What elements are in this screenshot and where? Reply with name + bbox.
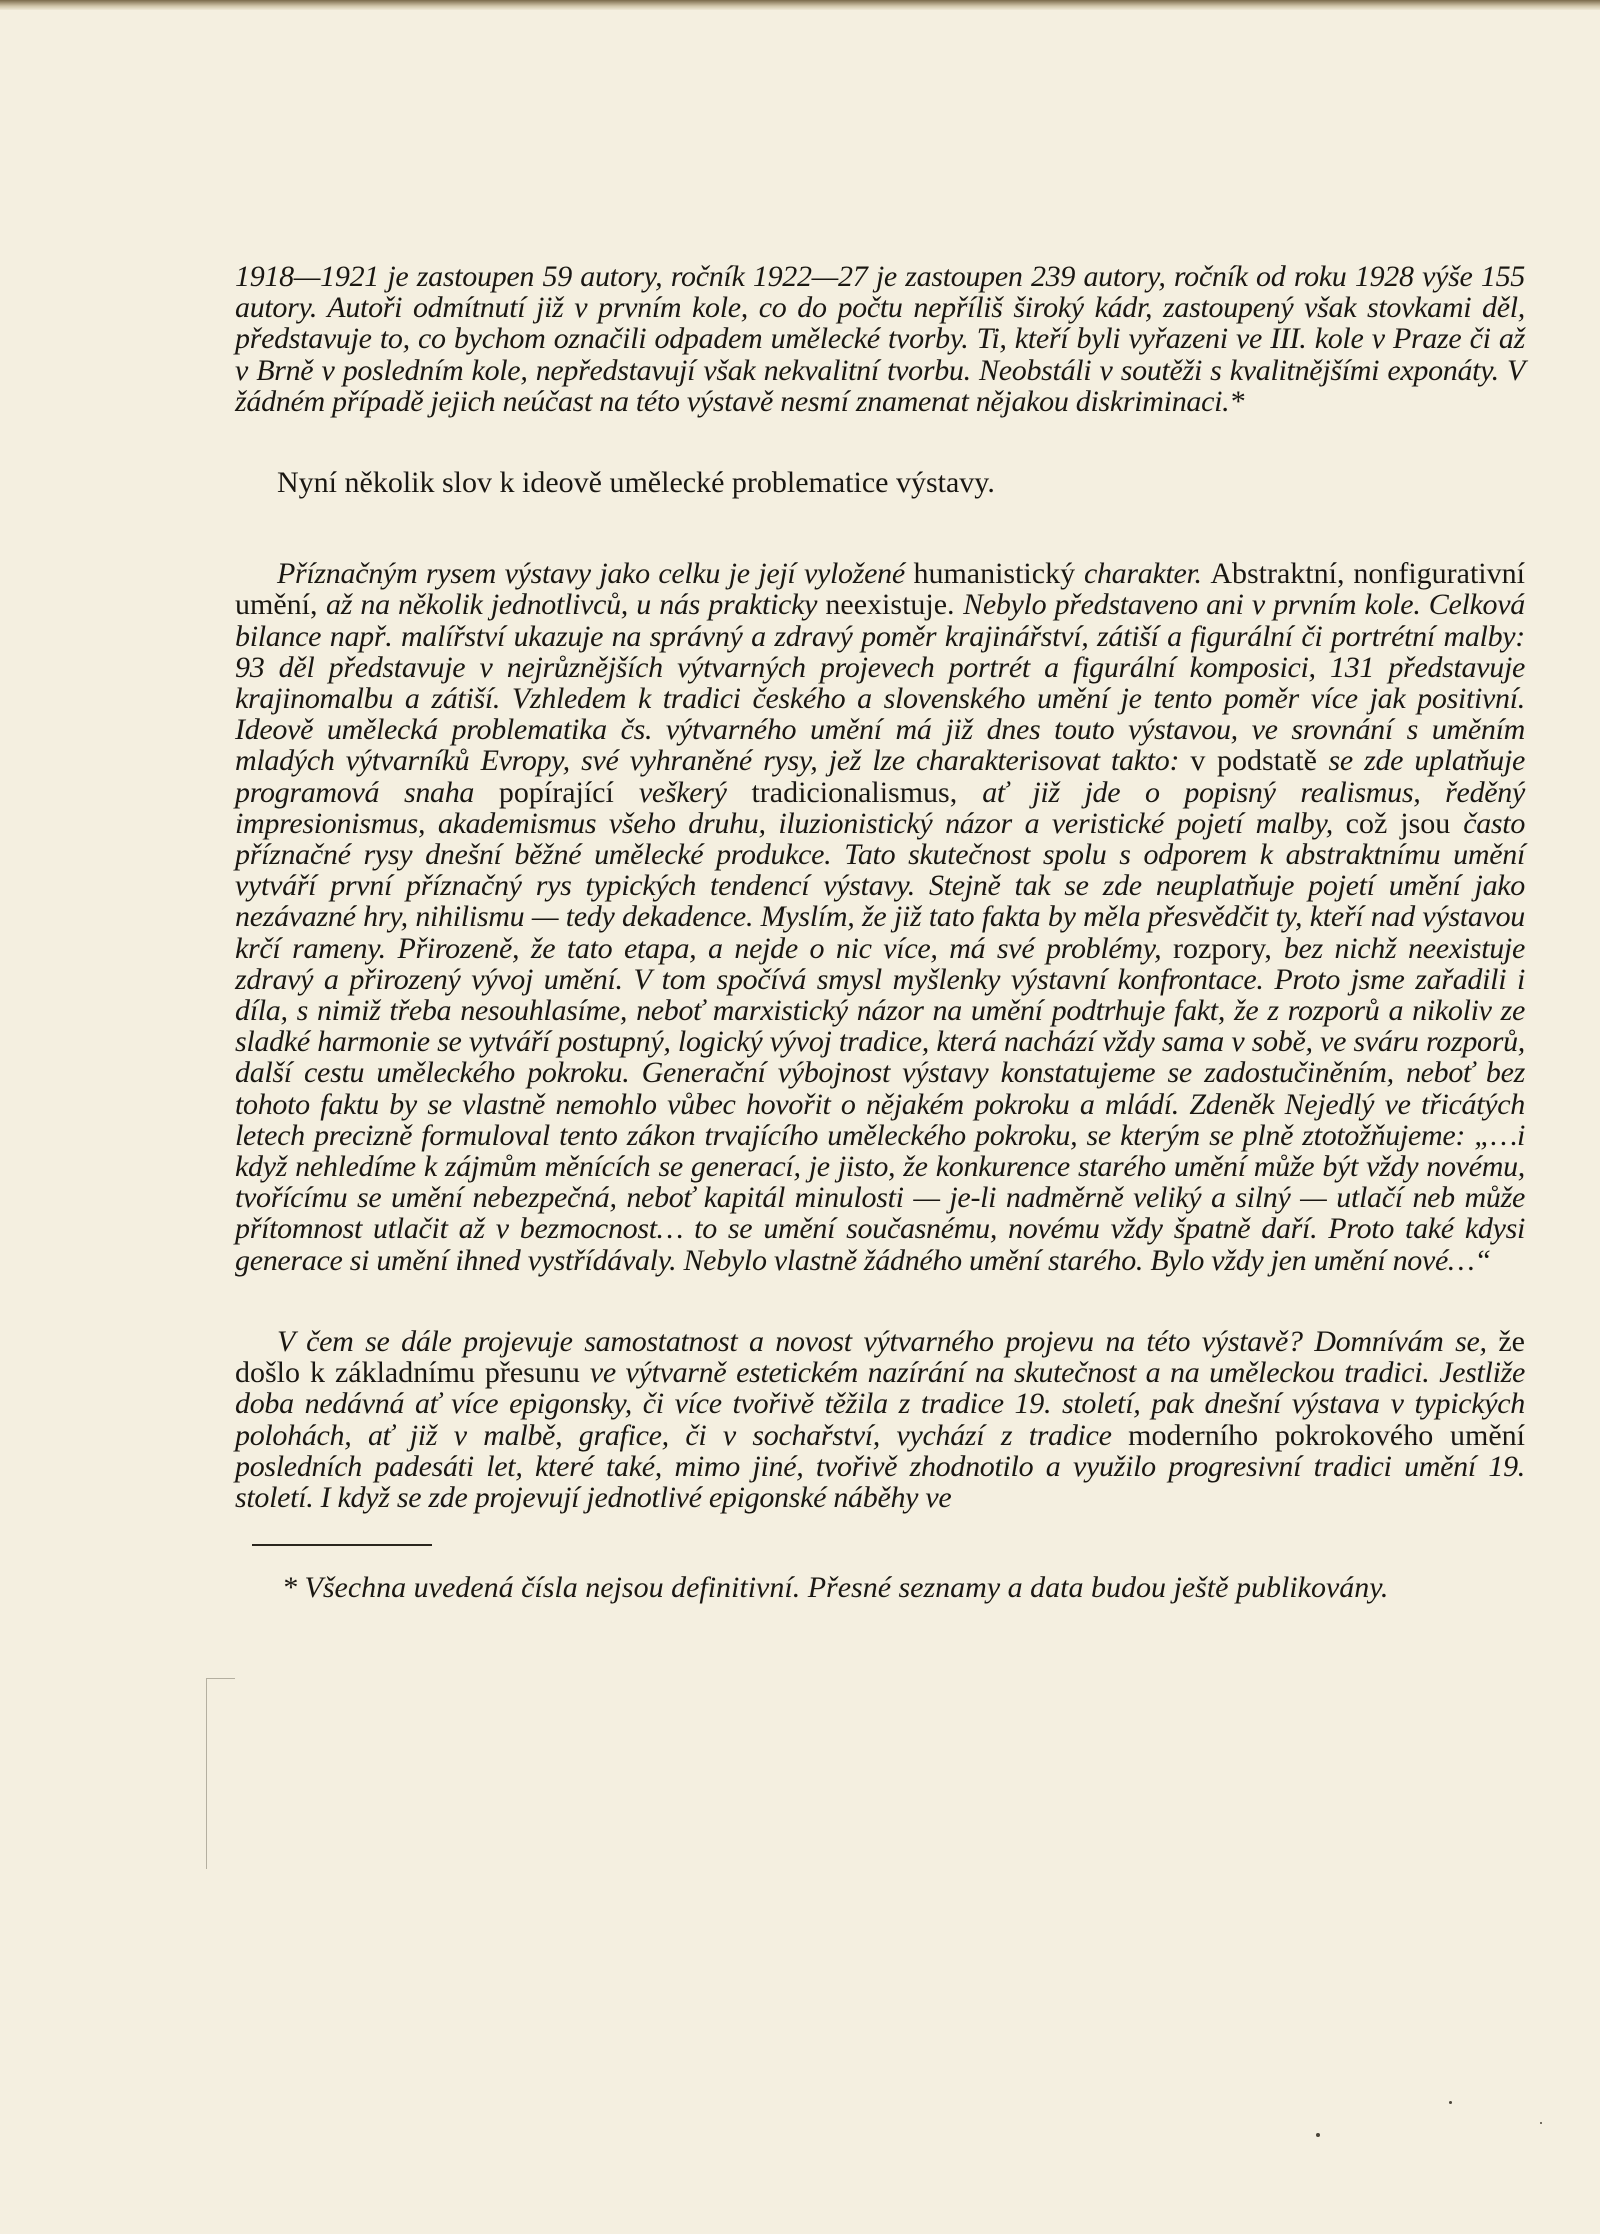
paragraph-statistics: 1918—1921 je zastoupen 59 autory, ročník… (235, 262, 1525, 418)
roman-text-run: což jsou (1346, 807, 1464, 840)
roman-text-run: moderního pokrokového umění (1128, 1419, 1525, 1452)
paragraph-novelty: V čem se dále projevuje samostatnost a n… (235, 1327, 1525, 1514)
paper-speck (1540, 2122, 1542, 2124)
paper-speck (1316, 2133, 1320, 2137)
italic-text-run: V čem se dále projevuje samostatnost a n… (277, 1325, 1498, 1358)
italic-text-run: Příznačným rysem výstavy jako celku je j… (277, 557, 913, 590)
roman-text-run: Nyní několik slov k ideově umělecké prob… (277, 466, 995, 499)
footnote: * Všechna uvedená čísla nejsou definitiv… (235, 1568, 1525, 1608)
italic-text-run: charakter. (1084, 557, 1210, 590)
roman-text-run: neexistuje. (825, 588, 963, 621)
roman-text-run: humanistický (913, 557, 1084, 590)
italic-text-run: bez nichž neexistuje zdravý a přirozený … (235, 932, 1525, 1277)
italic-text-run: až na několik jednotlivců, u nás praktic… (326, 588, 825, 621)
margin-pencil-mark (206, 1678, 235, 1869)
roman-text-run: v podstatě (1190, 744, 1328, 777)
roman-text-run: popírající (499, 776, 639, 809)
italic-text-run: posledních padesáti let, které také, mim… (235, 1450, 1525, 1514)
roman-text-run: rozpory, (1173, 932, 1284, 965)
document-page: 1918—1921 je zastoupen 59 autory, ročník… (235, 262, 1525, 1608)
paragraph-humanist-character: Příznačným rysem výstavy jako celku je j… (235, 559, 1525, 1277)
roman-text-run: tradicionalismus, (751, 776, 982, 809)
footnote-separator (252, 1544, 432, 1546)
page-top-edge (0, 0, 1600, 10)
paragraph-intro-problematics: Nyní několik slov k ideově umělecké prob… (235, 468, 1525, 499)
italic-text-run: veškerý (639, 776, 752, 809)
italic-text-run: 1918—1921 je zastoupen 59 autory, ročník… (235, 260, 1525, 418)
paper-speck (1449, 2101, 1452, 2104)
